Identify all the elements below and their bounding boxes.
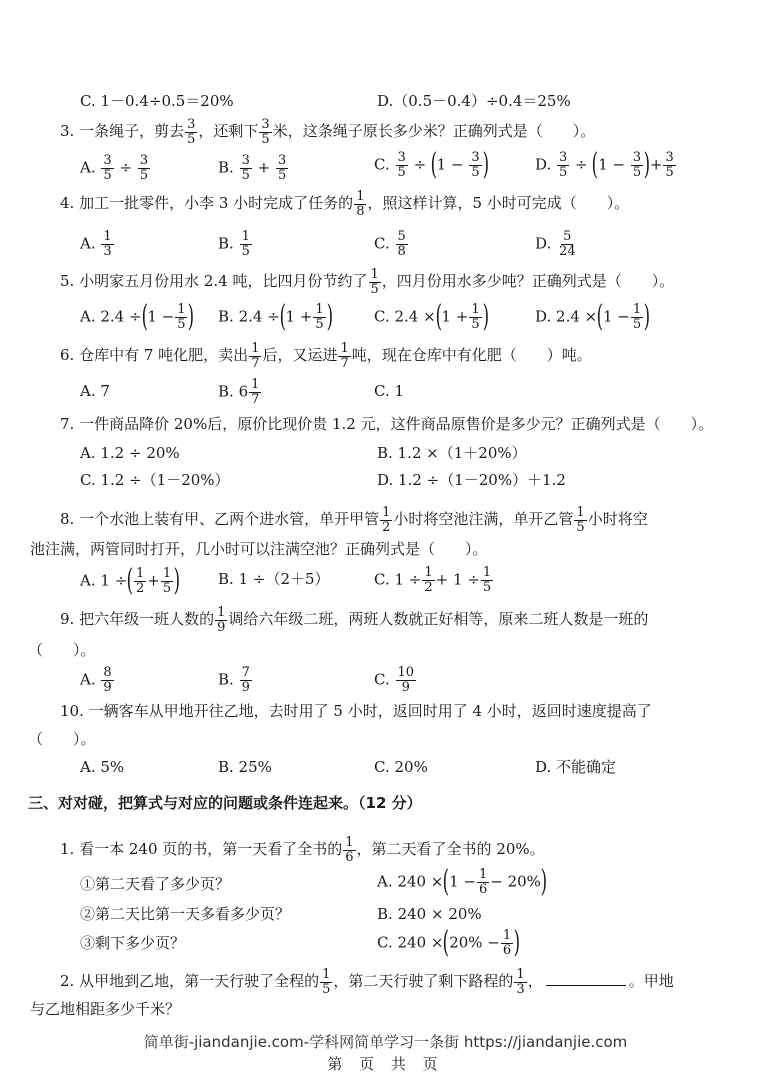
question-text: 小时将空: [588, 510, 648, 528]
question-text: 后，又运进: [262, 346, 337, 364]
q7-option-c: C. 1.2 ÷（1－20%）: [80, 473, 230, 488]
question-number: 5.: [60, 272, 74, 290]
q3-option-c: C. 35 ÷ (1 − 35): [374, 150, 488, 180]
q8-option-a: A. 1 ÷(12+15): [80, 566, 180, 596]
question-8-line2: 池注满，两管同时打开，几小时可以注满空池？正确列式是（ ）。: [30, 542, 488, 557]
q3-option-d: D. 35 ÷ (1 − 35)+35: [535, 150, 677, 180]
fill-in-blank[interactable]: [546, 985, 626, 986]
question-number: 8.: [60, 510, 74, 528]
question-number: 10.: [60, 702, 84, 720]
question-text: ，第二天看了全书的 20%。: [357, 840, 545, 858]
question-text: 米，这条绳子原长多少米？正确列式是（ ）。: [273, 122, 596, 140]
q9-option-a: A. 89: [80, 666, 115, 694]
question-number: 6.: [60, 346, 74, 364]
q3-option-a: A. 35 ÷ 35: [80, 154, 151, 182]
question-text: 小时将空池注满，单开乙管: [393, 510, 573, 528]
matching-answer-b[interactable]: B. 240 × 20%: [377, 907, 482, 922]
q9-option-c: C. 109: [374, 666, 417, 694]
question-text: 从甲地到乙地，第一天行驶了全程的: [79, 972, 319, 990]
question-number: 2.: [60, 972, 74, 990]
q4-option-d: D. 524: [535, 230, 579, 258]
q7-option-d: D. 1.2 ÷（1－20%）＋1.2: [377, 473, 566, 488]
q4-option-b: B. 15: [218, 230, 253, 258]
q2-option-c: C. 1－0.4÷0.5＝20%: [80, 94, 234, 109]
matching-question-1[interactable]: ①第二天看了多少页？: [80, 877, 230, 892]
question-text: 。甲地: [629, 972, 674, 990]
question-number: 7.: [60, 415, 74, 433]
question-number: 3.: [60, 122, 74, 140]
question-text: ，照这样计算，5 小时可完成（ ）。: [367, 194, 629, 212]
matching-question-2[interactable]: ②第二天比第一天多看多少页？: [80, 907, 290, 922]
question-number: 9.: [60, 610, 74, 628]
q10-option-c: C. 20%: [374, 760, 428, 775]
question-8-line1: 8. 一个水池上装有甲、乙两个进水管，单开甲管12小时将空池注满，单开乙管15小…: [60, 506, 648, 534]
footer-site-watermark: 简单街-jiandanjie.com-学科网简单学习一条街 https://ji…: [0, 1035, 771, 1050]
fraction: 35: [185, 118, 197, 146]
q10-option-d: D. 不能确定: [535, 760, 616, 775]
question-text: ，: [528, 972, 543, 990]
q8-option-b: B. 1 ÷（2＋5）: [218, 572, 330, 587]
question-number: 4.: [60, 194, 74, 212]
fraction: 35: [259, 118, 271, 146]
q6-option-a: A. 7: [80, 384, 110, 399]
question-9-line2: （ ）。: [28, 643, 96, 658]
question-4: 4. 加工一批零件，小李 3 小时完成了任务的18，照这样计算，5 小时可完成（…: [60, 190, 629, 218]
matching-question-3[interactable]: ③剩下多少页？: [80, 936, 185, 951]
question-text: 仓库中有 7 吨化肥，卖出: [79, 346, 248, 364]
question-text: 吨，现在仓库中有化肥（ ）吨。: [352, 346, 592, 364]
q6-option-c: C. 1: [374, 384, 404, 399]
question-5: 5. 小明家五月份用水 2.4 吨，比四月份节约了15，四月份用水多少吨？正确列…: [60, 268, 674, 296]
section-3-heading: 三、对对碰，把算式与对应的问题或条件连起来。（12 分）: [28, 796, 422, 811]
question-number: 1.: [60, 840, 74, 858]
q5-option-d: D. 2.4 ×(1 −15): [535, 302, 650, 332]
question-text: 一辆客车从甲地开往乙地，去时用了 5 小时，返回时用了 4 小时，返回时速度提高…: [89, 702, 652, 720]
matching-answer-c[interactable]: C. 240 ×(20% −16): [377, 928, 520, 958]
question-7: 7. 一件商品降价 20%后，原价比现价贵 1.2 元，这件商品原售价是多少元？…: [60, 417, 713, 432]
question-text: ，四月份用水多少吨？正确列式是（ ）。: [382, 272, 675, 290]
question-text: ，还剩下: [198, 122, 258, 140]
q10-option-a: A. 5%: [80, 760, 124, 775]
q5-option-b: B. 2.4 ÷(1 +15): [218, 302, 332, 332]
question-6: 6. 仓库中有 7 吨化肥，卖出17后，又运进17吨，现在仓库中有化肥（ ）吨。: [60, 342, 592, 370]
question-text: 一个水池上装有甲、乙两个进水管，单开甲管: [79, 510, 379, 528]
q4-option-a: A. 13: [80, 230, 115, 258]
question-10-line1: 10. 一辆客车从甲地开往乙地，去时用了 5 小时，返回时用了 4 小时，返回时…: [60, 704, 652, 719]
matching-problem-2-line1: 2. 从甲地到乙地，第一天行驶了全程的15，第二天行驶了剩下路程的13，。甲地: [60, 968, 674, 996]
question-9-line1: 9. 把六年级一班人数的19调给六年级二班，两班人数就正好相等，原来二班人数是一…: [60, 606, 648, 634]
q5-option-c: C. 2.4 ×(1 +15): [374, 302, 488, 332]
question-3: 3. 一条绳子，剪去35，还剩下35米，这条绳子原长多少米？正确列式是（ ）。: [60, 118, 595, 146]
q5-option-a: A. 2.4 ÷(1 −15): [80, 302, 194, 332]
question-text: 把六年级一班人数的: [79, 610, 214, 628]
q7-option-b: B. 1.2 ×（1＋20%）: [377, 446, 527, 461]
question-text: 调给六年级二班，两班人数就正好相等，原来二班人数是一班的: [228, 610, 648, 628]
footer-page-number: 第 页 共 页: [0, 1057, 771, 1072]
q10-option-b: B. 25%: [218, 760, 272, 775]
q3-option-b: B. 35 + 35: [218, 154, 289, 182]
question-text: 小明家五月份用水 2.4 吨，比四月份节约了: [79, 272, 367, 290]
matching-problem-1: 1. 看一本 240 页的书，第一天看了全书的16，第二天看了全书的 20%。: [60, 836, 545, 864]
q2-option-d: D.（0.5－0.4）÷0.4＝25%: [377, 94, 571, 109]
question-text: 看一本 240 页的书，第一天看了全书的: [79, 840, 342, 858]
question-10-line2: （ ）。: [28, 732, 96, 747]
q6-option-b: B. 617: [218, 378, 262, 406]
question-text: ，第二天行驶了剩下路程的: [333, 972, 513, 990]
question-text: 一条绳子，剪去: [79, 122, 184, 140]
question-text: 加工一批零件，小李 3 小时完成了任务的: [79, 194, 353, 212]
question-text: 一件商品降价 20%后，原价比现价贵 1.2 元，这件商品原售价是多少元？正确列…: [79, 415, 713, 433]
q7-option-a: A. 1.2 ÷ 20%: [80, 446, 180, 461]
q9-option-b: B. 79: [218, 666, 253, 694]
q4-option-c: C. 58: [374, 230, 409, 258]
q8-option-c: C. 1 ÷12+ 1 ÷15: [374, 566, 494, 594]
matching-problem-2-line2: 与乙地相距多少千米？: [30, 1002, 180, 1017]
matching-answer-a[interactable]: A. 240 ×(1 −16− 20%): [377, 867, 547, 897]
